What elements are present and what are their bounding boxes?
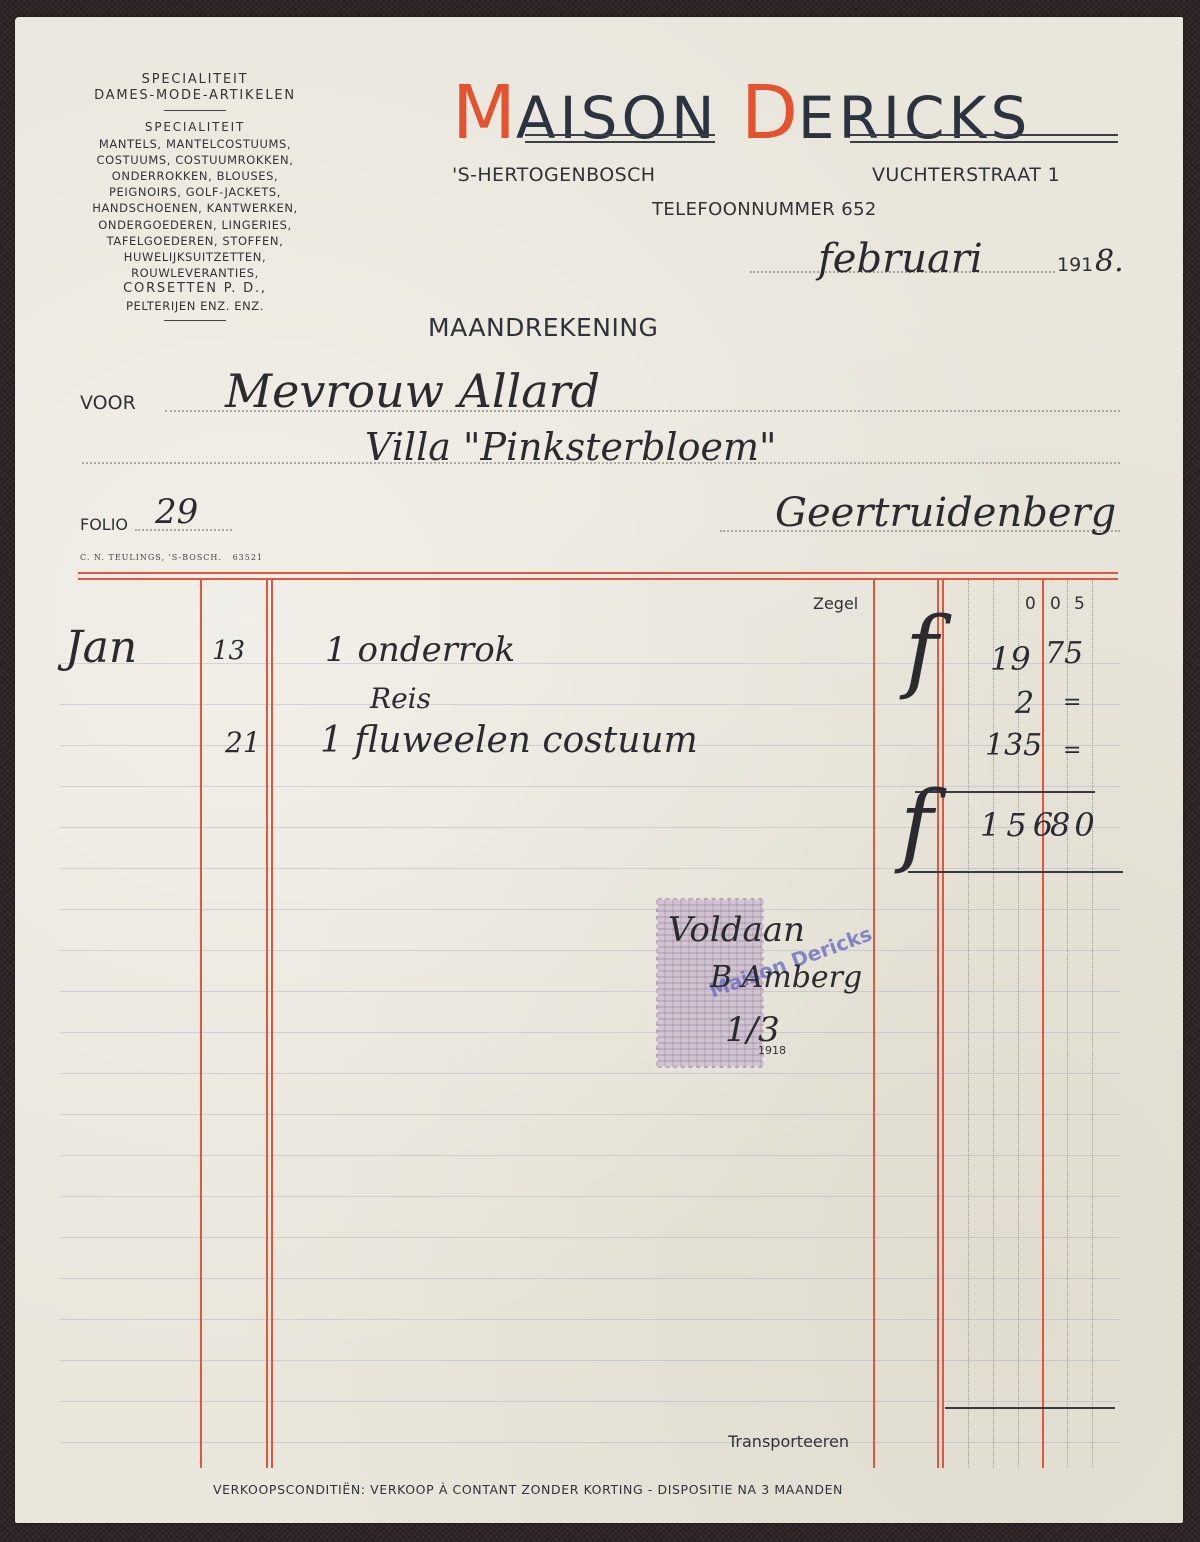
- entry-day: 13: [212, 636, 245, 666]
- specialty-heading-2: SPECIALITEIT: [60, 119, 330, 135]
- folio-label: FOLIO: [80, 515, 128, 534]
- specialty-heading: SPECIALITEIT: [60, 72, 330, 88]
- stamp-duty-digit: 0: [1050, 594, 1061, 614]
- specialty-line: HANDSCHOENEN, KANTWERKEN,: [60, 200, 330, 216]
- total-whole: 156: [980, 806, 1059, 844]
- carry-forward-label: Transporteeren: [728, 1432, 849, 1451]
- ledger-top-line-1: [78, 572, 1118, 574]
- subtotal-line: [915, 791, 1095, 793]
- entry-description: 1 onderrok: [325, 630, 515, 670]
- digit-guide: [1092, 580, 1093, 1468]
- recipient-name: Mevrouw Allard: [225, 364, 600, 418]
- stamp-duty-digit: 0: [1025, 594, 1036, 614]
- specialty-highlight: CORSETTEN P. D.,: [60, 281, 330, 297]
- day-column-divider-1: [266, 580, 268, 1468]
- specialty-line-last: PELTERIJEN ENZ. ENZ.: [60, 298, 330, 314]
- recipient-city: Geertruidenberg: [775, 490, 1116, 536]
- ledger-top-line-2: [78, 578, 1118, 580]
- entry-description: Reis: [370, 682, 431, 715]
- day-column-divider-2: [271, 580, 273, 1468]
- amount-column-divider: [873, 580, 875, 1468]
- title-initial-d: D: [741, 70, 798, 156]
- entry-amount-cents: 75: [1045, 636, 1083, 671]
- date-year-printed: 191: [1057, 254, 1093, 276]
- receipt-signature: Voldaan: [668, 910, 805, 950]
- entry-amount-whole: 135: [985, 728, 1042, 763]
- recipient-label: VOOR: [80, 392, 136, 414]
- total-cents: 80: [1050, 806, 1099, 844]
- company-city: 'S-HERTOGENBOSCH: [452, 164, 655, 186]
- entry-amount-cents: =: [1063, 690, 1081, 715]
- receipt-signature-2: B Amberg: [710, 960, 862, 995]
- specialty-line: ONDERROKKEN, BLOUSES,: [60, 168, 330, 184]
- sales-conditions: VERKOOPSCONDITIËN: VERKOOP À CONTANT ZON…: [213, 1482, 843, 1497]
- specialty-line: ROUWLEVERANTIES,: [60, 265, 330, 281]
- title-underline-2: [850, 134, 1118, 143]
- specialty-line: ONDERGOEDEREN, LINGERIES,: [60, 217, 330, 233]
- specialty-line: HUWELIJKSUITZETTEN,: [60, 249, 330, 265]
- stamp-duty-digit: 5: [1074, 594, 1085, 614]
- specialty-line: MANTELS, MANTELCOSTUUMS,: [60, 136, 330, 152]
- title-initial-m: M: [452, 70, 516, 156]
- entry-month: Jan: [65, 622, 137, 673]
- title-underline-1: [525, 134, 715, 143]
- digit-guide: [968, 580, 969, 1468]
- date-year-handwritten: 8.: [1095, 244, 1124, 279]
- specialty-line: COSTUUMS, COSTUUMROKKEN,: [60, 152, 330, 168]
- folio-value: 29: [155, 492, 198, 532]
- entry-amount-whole: 19: [990, 640, 1031, 678]
- specialties-block: SPECIALITEIT DAMES-MODE-ARTIKELEN SPECIA…: [60, 72, 330, 329]
- stamp-year: 1918: [758, 1044, 786, 1057]
- date-month: februari: [818, 236, 983, 282]
- specialty-line: TAFELGOEDEREN, STOFFEN,: [60, 233, 330, 249]
- entry-day: 21: [225, 726, 261, 759]
- recipient-address: Villa "Pinksterbloem": [365, 425, 776, 469]
- total-line: [908, 871, 1123, 873]
- entry-amount-whole: 2: [1015, 686, 1034, 721]
- florin-symbol: f: [905, 606, 938, 696]
- carry-forward-line: [945, 1407, 1115, 1409]
- date-column-divider: [200, 580, 202, 1468]
- florin-symbol-total: f: [900, 780, 933, 870]
- entry-amount-cents: =: [1063, 738, 1081, 763]
- divider: [164, 320, 226, 321]
- printer-imprint: C. N. TEULINGS, 'S-BOSCH. 63521: [80, 553, 263, 562]
- amount-column-divider-2b: [942, 580, 944, 1468]
- divider: [164, 110, 226, 111]
- cents-column-divider: [1042, 580, 1044, 1468]
- stamp-duty-label: Zegel: [813, 594, 858, 613]
- company-phone: TELEFOONNUMMER 652: [652, 199, 877, 220]
- entry-description: 1 fluweelen costuum: [320, 720, 698, 761]
- digit-guide: [993, 580, 994, 1468]
- document-title: MAANDREKENING: [428, 313, 658, 342]
- company-address: VUCHTERSTRAAT 1: [872, 164, 1060, 186]
- specialty-line: PEIGNOIRS, GOLF-JACKETS,: [60, 184, 330, 200]
- specialty-subheading: DAMES-MODE-ARTIKELEN: [60, 88, 330, 104]
- amount-column-divider-2a: [937, 580, 939, 1468]
